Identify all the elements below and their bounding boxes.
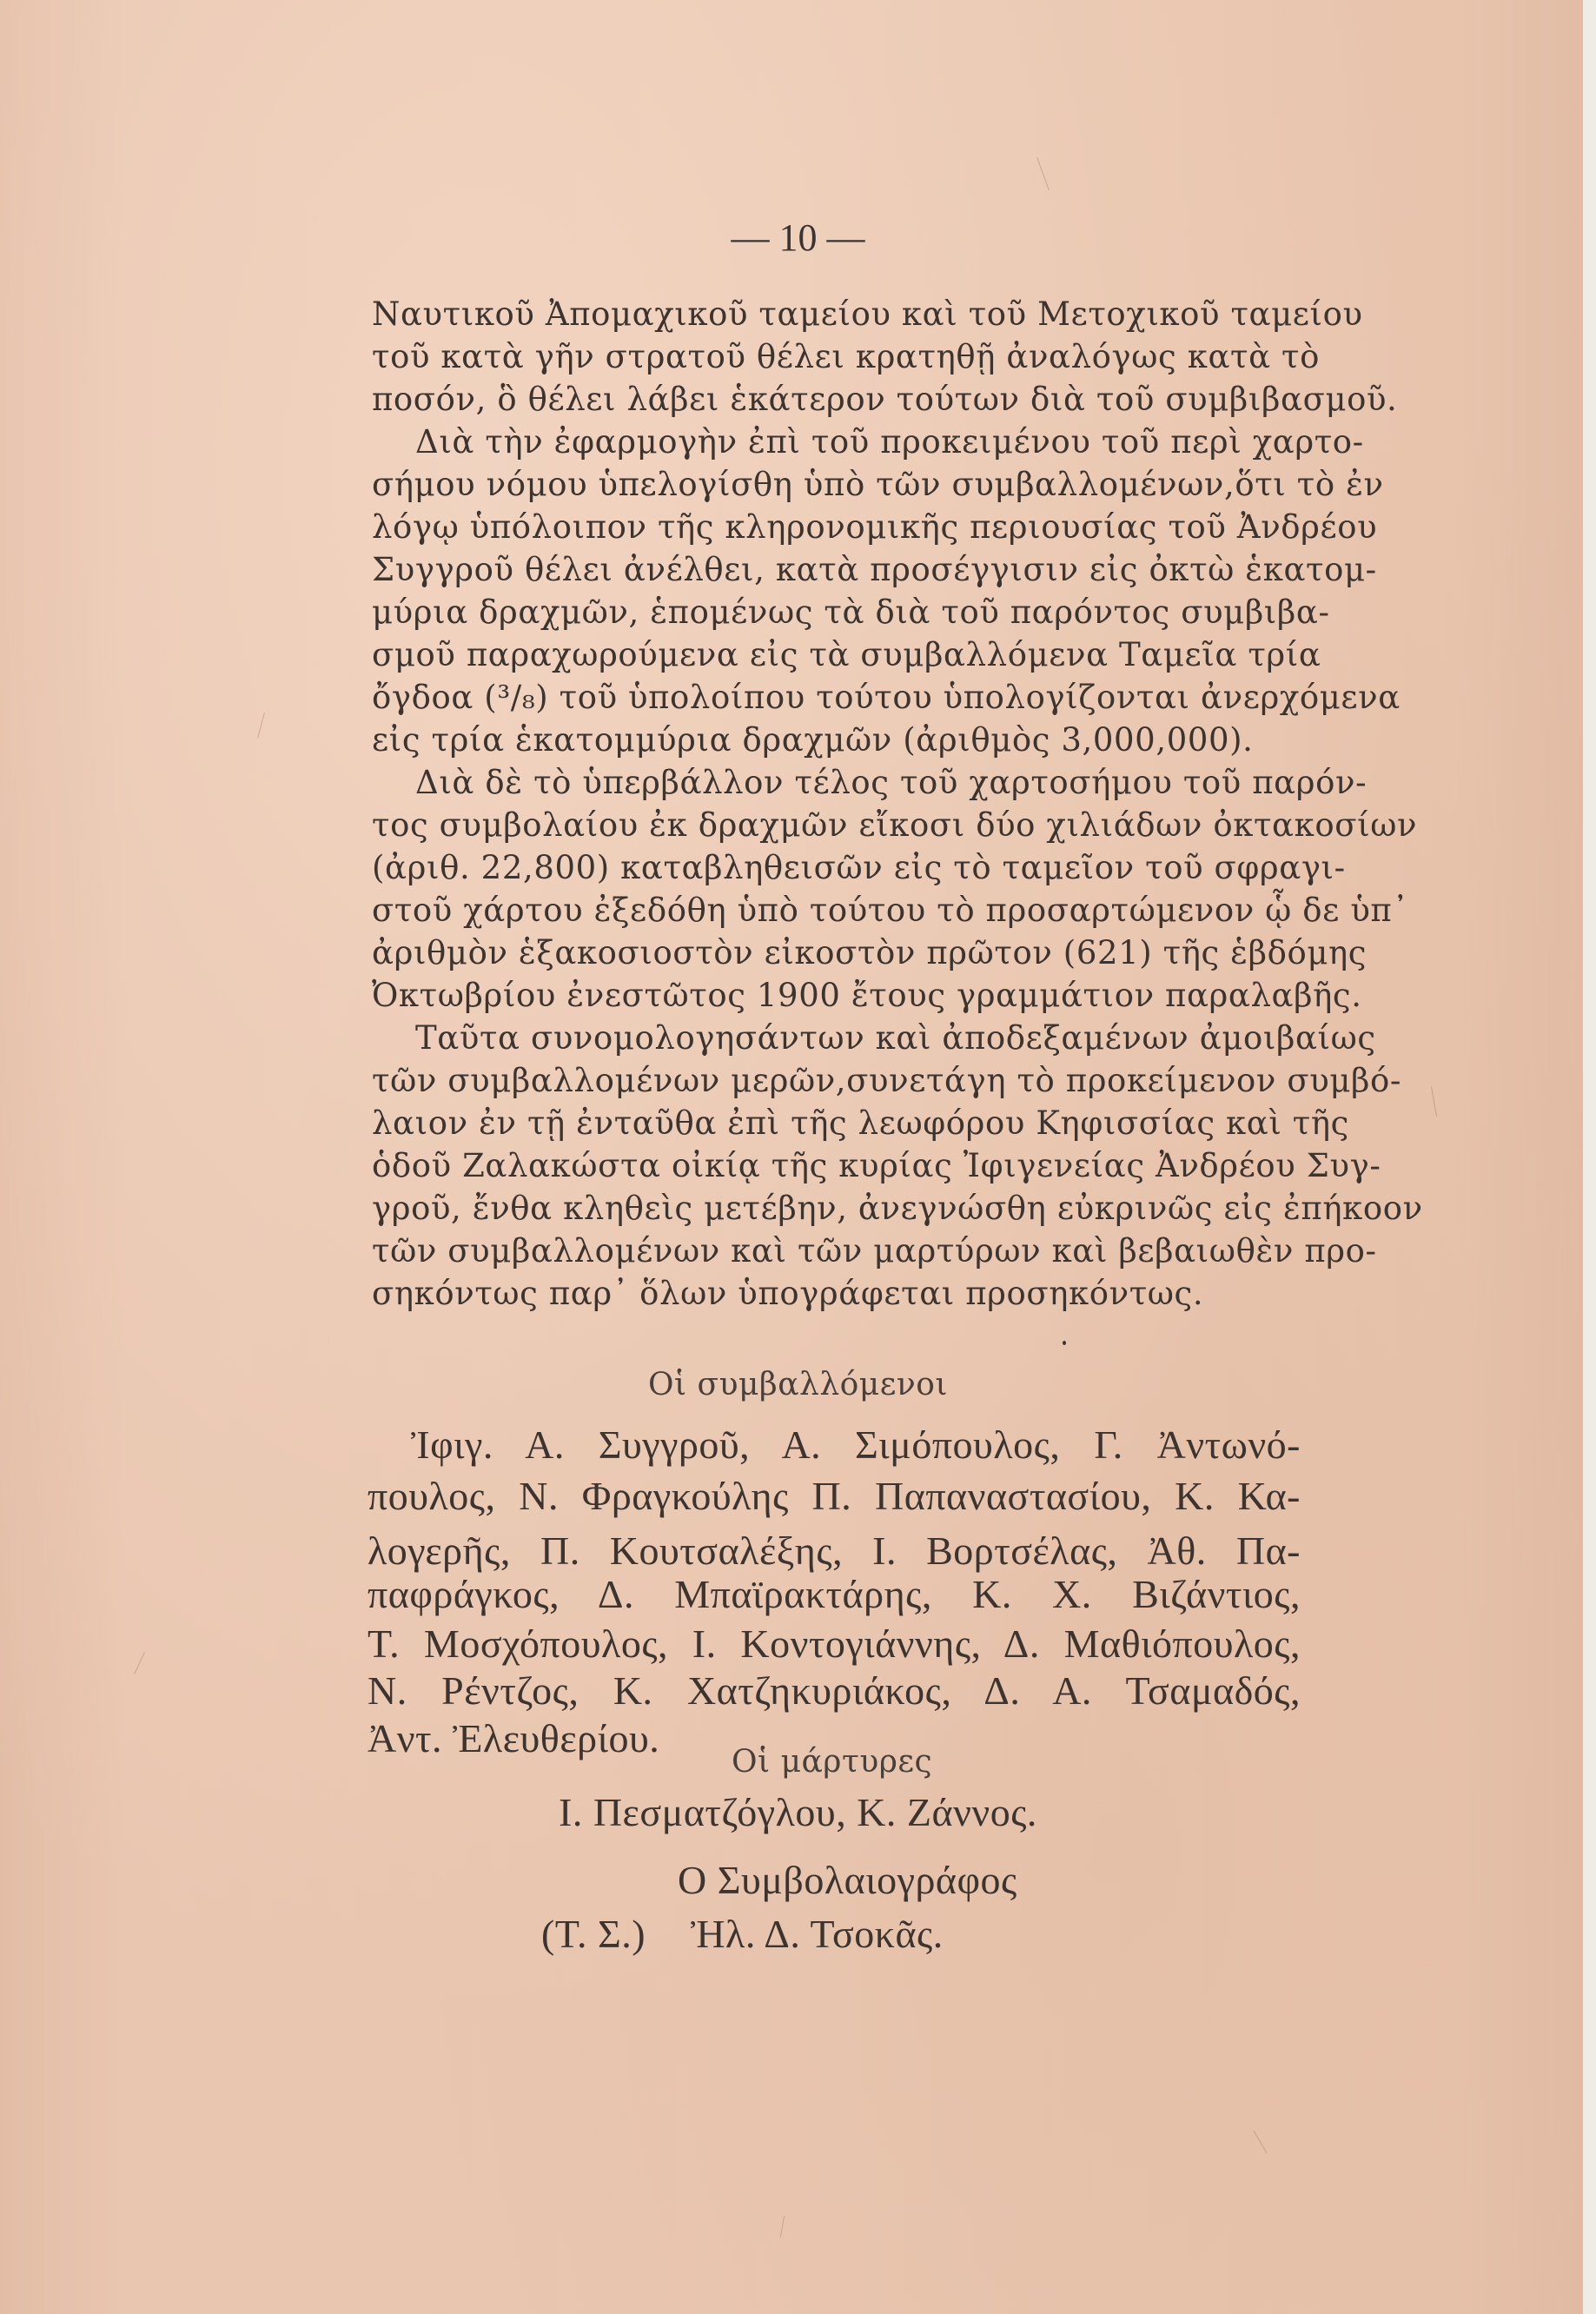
body-line: τῶν συμβαλλομένων μερῶν,συνετάγη τὸ προκ…: [372, 1064, 1301, 1097]
parties-line: λογερῆς, Π. Κουτσαλέξης, Ι. Βορτσέλας, Ἀ…: [368, 1531, 1301, 1571]
body-line: Ταῦτα συνομολογησάντων καὶ ἀποδεξαμένων …: [415, 1022, 1301, 1054]
body-line: σηκόντως παρ᾽ ὅλων ὑπογράφεται προσηκόντ…: [372, 1277, 1301, 1309]
paper-fiber: [1036, 157, 1050, 190]
body-line: Ὀκτωβρίου ἐνεστῶτος 1900 ἔτους γραμμάτιο…: [372, 979, 1301, 1011]
body-line: Διὰ τὴν ἐφαρμογὴν ἐπὶ τοῦ προκειμένου το…: [415, 426, 1301, 458]
parties-line: Τ. Μοσχόπουλος, Ι. Κοντογιάννης, Δ. Μαθι…: [368, 1624, 1301, 1664]
parties-line: πουλος, Ν. Φραγκούλης Π. Παπαναστασίου, …: [368, 1476, 1301, 1516]
body-line: λαιον ἐν τῇ ἐνταῦθα ἐπὶ τῆς λεωφόρου Κηφ…: [372, 1107, 1301, 1139]
body-line: σμοῦ παραχωρούμενα εἰς τὰ συμβαλλόμενα Τ…: [372, 639, 1301, 671]
body-line: σήμου νόμου ὑπελογίσθη ὑπὸ τῶν συμβαλλομ…: [372, 468, 1301, 501]
body-line: Διὰ δὲ τὸ ὑπερβάλλον τέλος τοῦ χαρτοσήμο…: [415, 766, 1301, 799]
body-line: μύρια δραχμῶν, ἑπομένως τὰ διὰ τοῦ παρόν…: [372, 596, 1301, 628]
body-line: τοῦ κατὰ γῆν στρατοῦ θέλει κρατηθῇ ἀναλό…: [372, 341, 1301, 373]
body-line: Ναυτικοῦ Ἀπομαχικοῦ ταμείου καὶ τοῦ Μετο…: [372, 298, 1301, 330]
body-line: Συγγροῦ θέλει ἀνέλθει, κατὰ προσέγγισιν …: [372, 554, 1301, 586]
paper-fiber: [780, 2216, 785, 2238]
parties-heading: Οἱ συμβαλλόμενοι: [0, 1369, 1596, 1401]
seal-label: (Τ. Σ.): [541, 1914, 646, 1954]
body-line: ὄγδοα (³/₈) τοῦ ὑπολοίπου τούτου ὑπολογί…: [372, 681, 1301, 713]
witnesses-heading: Οἱ μάρτυρες: [732, 1747, 932, 1778]
body-line: στοῦ χάρτου ἐξεδόθη ὑπὸ τούτου τὸ προσαρ…: [372, 894, 1301, 926]
body-line: ἀριθμὸν ἑξακοσιοστὸν εἰκοστὸν πρῶτον (62…: [372, 937, 1301, 969]
body-line: ποσόν, ὃ θέλει λάβει ἑκάτερον τούτων διὰ…: [372, 383, 1301, 415]
paper-fiber: [134, 1652, 145, 1674]
body-line: γροῦ, ἔνθα κληθεὶς μετέβην, ἀνεγνώσθη εὐ…: [372, 1192, 1301, 1224]
body-line: (ἀριθ. 22,800) καταβληθεισῶν εἰς τὸ ταμε…: [372, 852, 1301, 884]
notary-heading: Ο Συμβολαιογράφος: [678, 1860, 1017, 1900]
paper-fiber: [1254, 2131, 1268, 2153]
body-line: λόγῳ ὑπόλοιπον τῆς κληρονομικῆς περιουσί…: [372, 511, 1301, 543]
paper-fiber: [1431, 1086, 1437, 1117]
body-line: ὁδοῦ Ζαλακώστα οἰκίᾳ τῆς κυρίας Ἰφιγενεί…: [372, 1150, 1301, 1182]
body-line: τος συμβολαίου ἐκ δραχμῶν εἴκοσι δύο χιλ…: [372, 809, 1301, 841]
witnesses-names: Ι. Πεσματζόγλου, Κ. Ζάννος.: [559, 1793, 1037, 1833]
ink-dot: [1063, 1341, 1066, 1345]
parties-line: Ν. Ρέντζος, Κ. Χατζηκυριάκος, Δ. Α. Τσαμ…: [368, 1671, 1301, 1711]
parties-line: παφράγκος, Δ. Μπαϊρακτάρης, Κ. Χ. Βιζάντ…: [368, 1575, 1301, 1614]
body-line: τῶν συμβαλλομένων καὶ τῶν μαρτύρων καὶ β…: [372, 1235, 1301, 1267]
page-number: — 10 —: [0, 219, 1596, 257]
notary-name: Ἠλ. Δ. Τσοκᾶς.: [691, 1914, 944, 1954]
parties-line: Ἰφιγ. Α. Συγγροῦ, Α. Σιμόπουλος, Γ. Ἀντω…: [411, 1425, 1301, 1465]
paper-fiber: [257, 713, 265, 738]
body-line: εἰς τρία ἑκατομμύρια δραχμῶν (ἀριθμὸς 3,…: [372, 724, 1301, 756]
